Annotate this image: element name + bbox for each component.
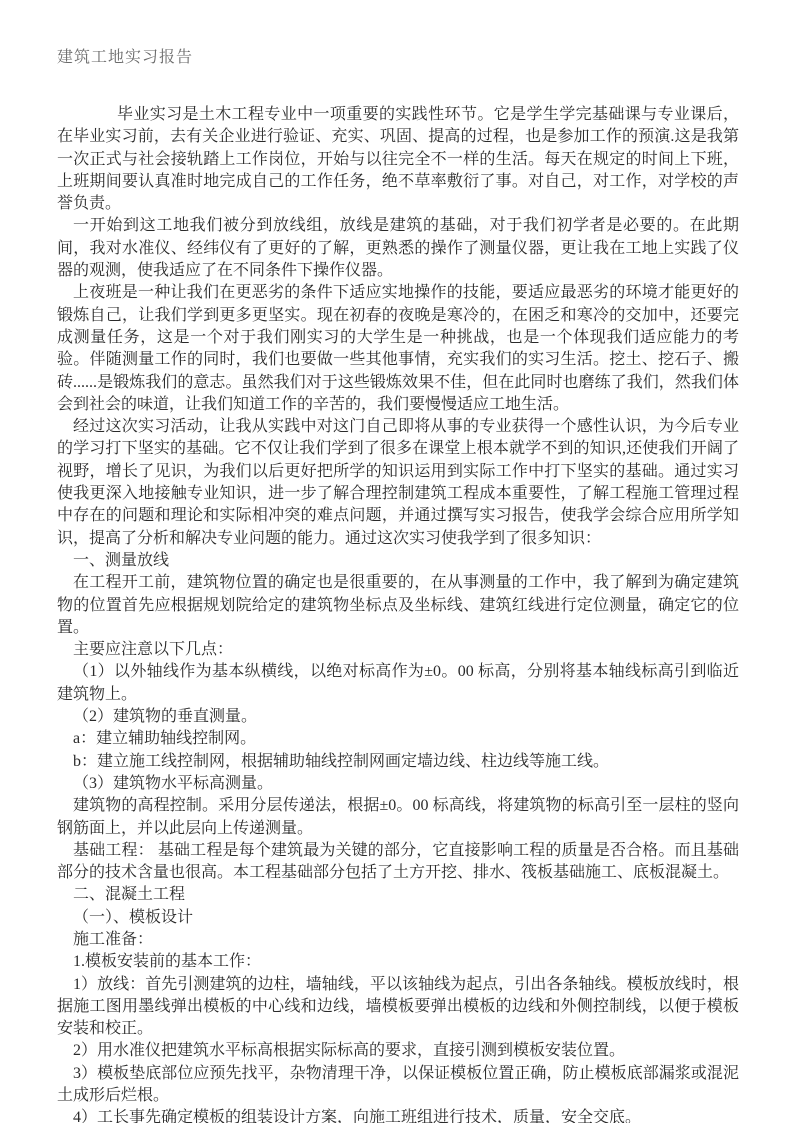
- paragraph: 在工程开工前，建筑物位置的确定也是很重要的，在从事测量的工作中，我了解到为确定建…: [57, 572, 739, 639]
- paragraph: （3）建筑物水平标高测量。: [57, 773, 739, 795]
- paragraph: 一、测量放线: [57, 550, 739, 572]
- paragraph: 1.模板安装前的基本工作：: [57, 951, 739, 973]
- paragraph: 基础工程： 基础工程是每个建筑最为关键的部分，它直接影响工程的质量是否合格。而且…: [57, 840, 739, 885]
- paragraph: 4）工长事先确定模板的组装设计方案，向施工班组进行技术，质量，安全交底。: [57, 1107, 739, 1123]
- paragraph: 主要应注意以下几点：: [57, 639, 739, 661]
- paragraph: 一开始到这工地我们被分到放线组，放线是建筑的基础，对于我们初学者是必要的。在此期…: [57, 215, 739, 282]
- paragraph: 建筑物的高程控制。采用分层传递法，根据±0。00 标高线，将建筑物的标高引至一层…: [57, 795, 739, 840]
- paragraph: 毕业实习是土木工程专业中一项重要的实践性环节。它是学生学完基础课与专业课后，在毕…: [57, 104, 739, 215]
- paragraph: （2）建筑物的垂直测量。: [57, 706, 739, 728]
- paragraph: 经过这次实习活动，让我从实践中对这门自己即将从事的专业获得一个感性认识，为今后专…: [57, 416, 739, 550]
- document-title: 建筑工地实习报告: [57, 48, 739, 68]
- paragraph: 施工准备：: [57, 929, 739, 951]
- paragraph: 3）模板垫底部位应预先找平，杂物清理干净，以保证模板位置正确，防止模板底部漏浆或…: [57, 1063, 739, 1108]
- paragraph: 1）放线：首先引测建筑的边柱，墙轴线，平以该轴线为起点，引出各条轴线。模板放线时…: [57, 974, 739, 1041]
- paragraph: 2）用水准仪把建筑水平标高根据实际标高的要求，直接引测到模板安装位置。: [57, 1040, 739, 1062]
- paragraph: （一）、模板设计: [57, 907, 739, 929]
- page-content: 建筑工地实习报告 毕业实习是土木工程专业中一项重要的实践性环节。它是学生学完基础…: [57, 48, 739, 1123]
- paragraph: 上夜班是一种让我们在更恶劣的条件下适应实地操作的技能，要适应最恶劣的环境才能更好…: [57, 282, 739, 416]
- document-body: 毕业实习是土木工程专业中一项重要的实践性环节。它是学生学完基础课与专业课后，在毕…: [57, 104, 739, 1123]
- paragraph: 二、混凝土工程: [57, 884, 739, 906]
- paragraph: b：建立施工线控制网，根据辅助轴线控制网画定墙边线、柱边线等施工线。: [57, 751, 739, 773]
- paragraph: a：建立辅助轴线控制网。: [57, 728, 739, 750]
- paragraph: （1）以外轴线作为基本纵横线，以绝对标高作为±0。00 标高，分别将基本轴线标高…: [57, 661, 739, 706]
- document-page: 建筑工地实习报告 毕业实习是土木工程专业中一项重要的实践性环节。它是学生学完基础…: [0, 0, 794, 1123]
